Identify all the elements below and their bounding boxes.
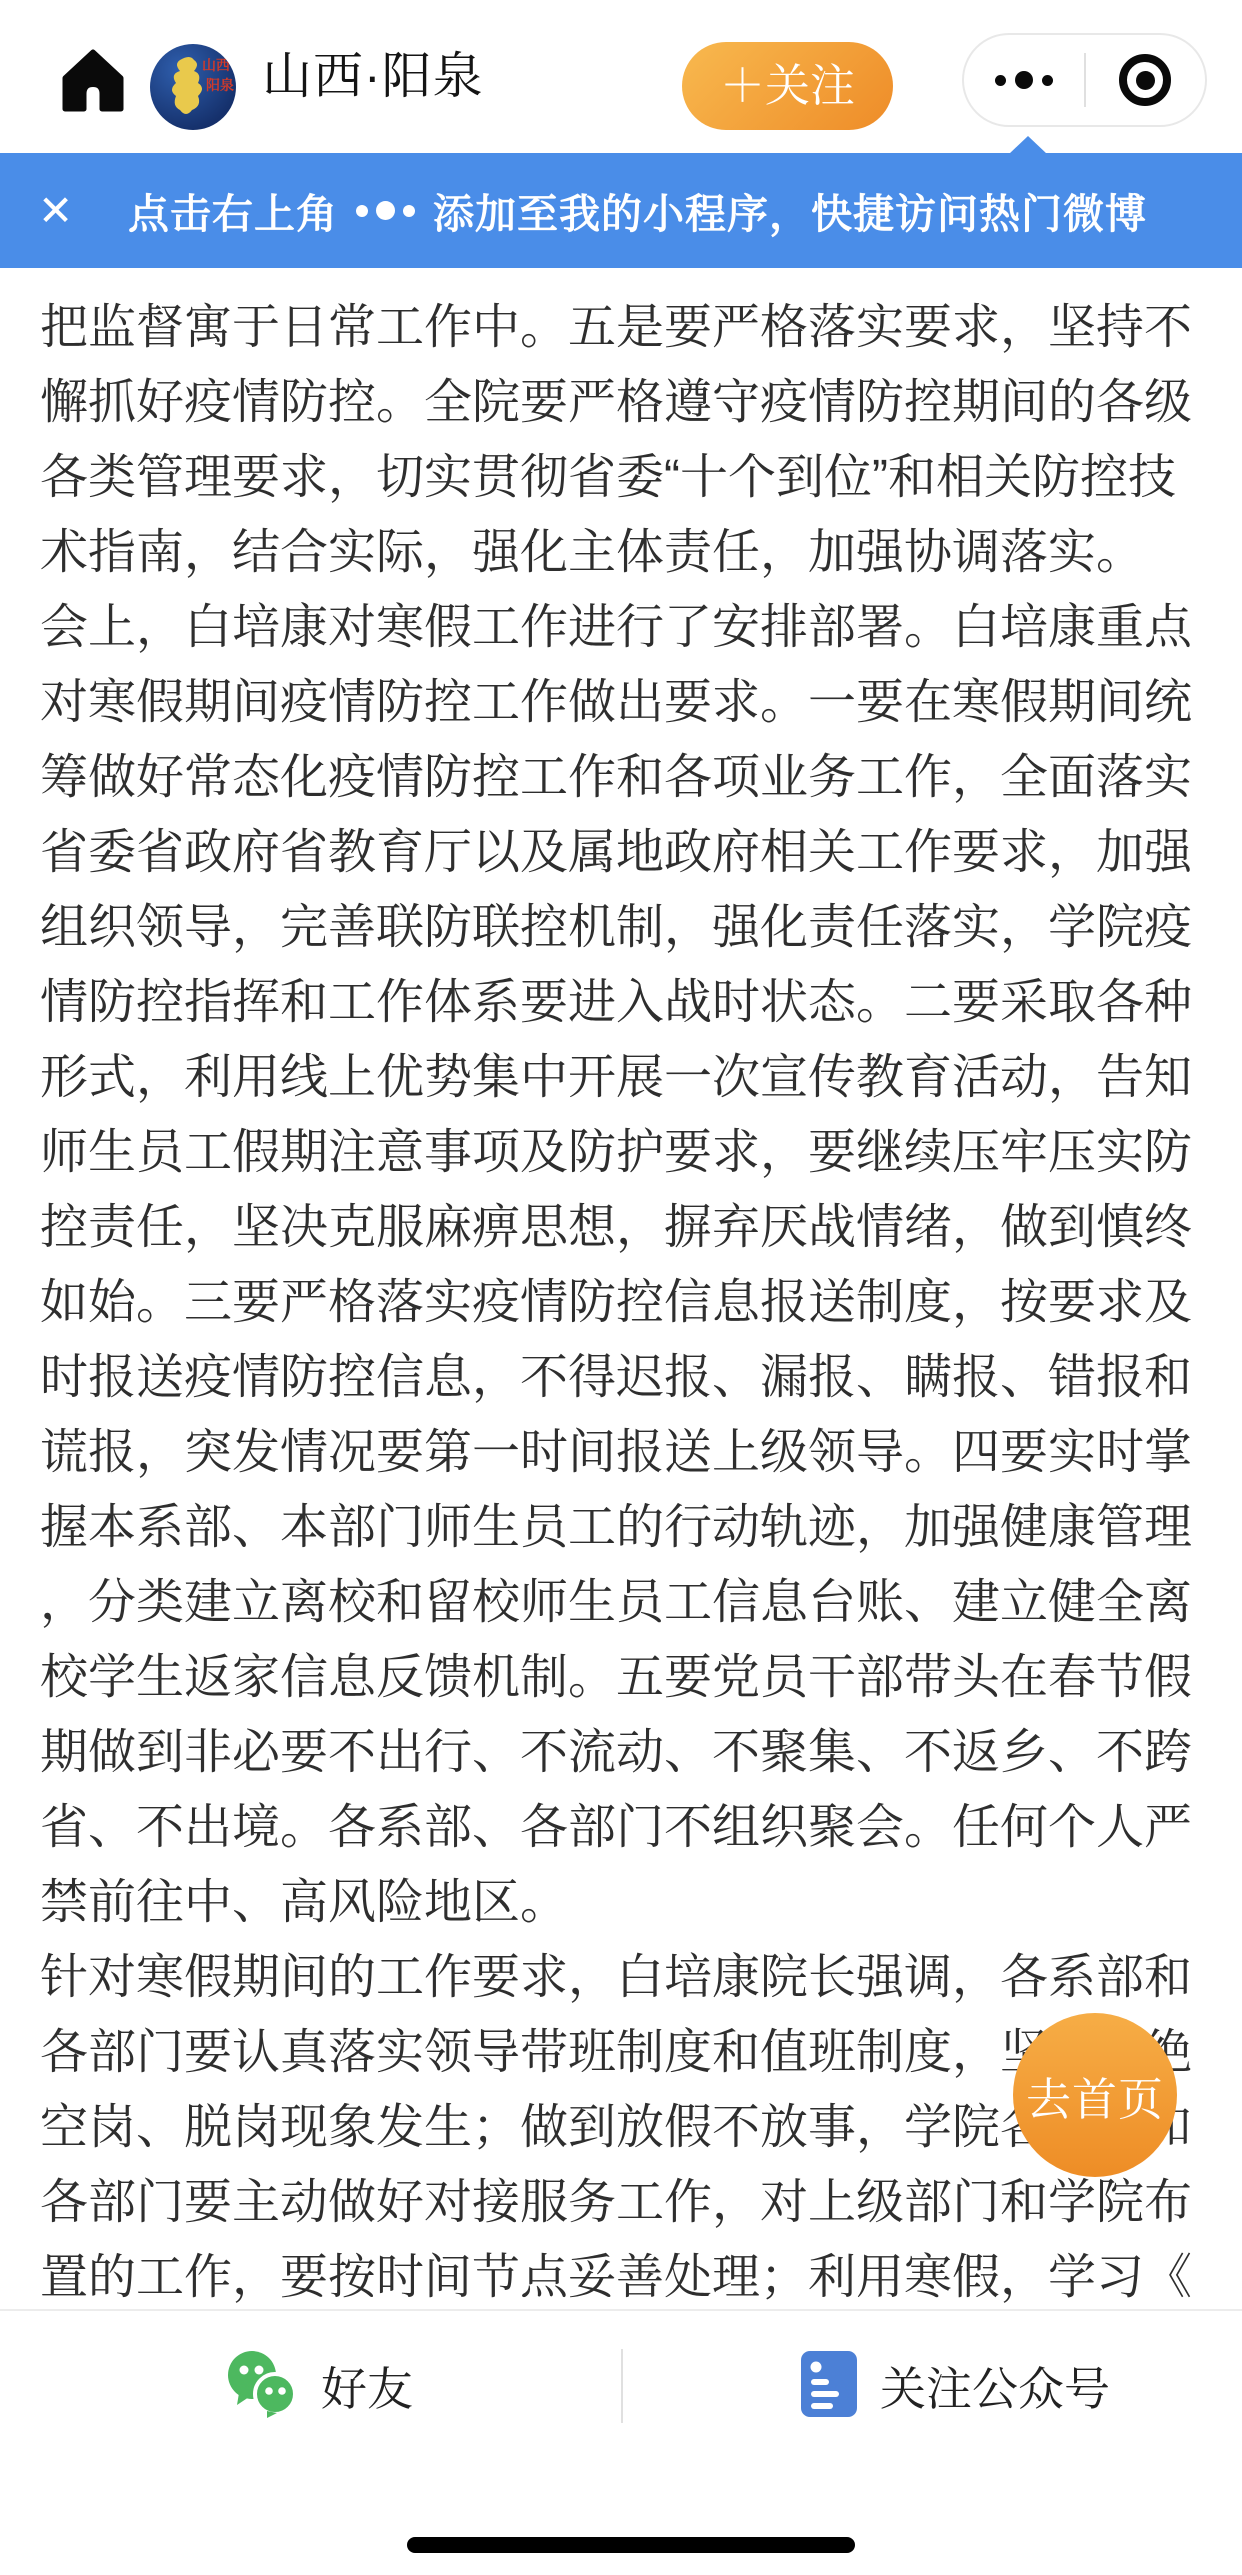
wechat-icon <box>225 2349 299 2424</box>
notice-pointer-arrow <box>1009 136 1047 154</box>
more-button[interactable] <box>964 35 1084 125</box>
article-line: 各部门要主动做好对接服务工作，对上级部门和学院布 <box>40 2165 1204 2240</box>
article-line: 会上，白培康对寒假工作进行了安排部署。白培康重点 <box>40 590 1204 665</box>
article-line: 对寒假期间疫情防控工作做出要求。一要在寒假期间统 <box>40 665 1204 740</box>
article-line: 时报送疫情防控信息，不得迟报、漏报、瞒报、错报和 <box>40 1340 1204 1415</box>
more-dots-icon <box>356 201 415 220</box>
article-body: 把监督寓于日常工作中。五是要严格落实要求，坚持不懈抓好疫情防控。全院要严格遵守疫… <box>40 290 1204 2315</box>
follow-official-account-button[interactable]: 关注公众号 <box>800 2311 1110 2461</box>
close-icon[interactable]: ✕ <box>38 190 78 232</box>
notice-text-before: 点击右上角 <box>128 181 338 240</box>
home-icon <box>62 99 124 116</box>
share-friend-label: 好友 <box>321 2353 413 2419</box>
bottom-bar-vertical-divider <box>621 2349 623 2423</box>
article-line: 情防控指挥和工作体系要进入战时状态。二要采取各种 <box>40 965 1204 1040</box>
miniprogram-capsule <box>962 33 1207 127</box>
article-line: 组织领导，完善联防联控机制，强化责任落实，学院疫 <box>40 890 1204 965</box>
article-line: 控责任，坚决克服麻痹思想，摒弃厌战情绪，做到慎终 <box>40 1190 1204 1265</box>
article-line: 筹做好常态化疫情防控工作和各项业务工作，全面落实 <box>40 740 1204 815</box>
account-avatar[interactable]: 山西 阳泉 <box>150 44 236 130</box>
close-miniprogram-button[interactable] <box>1086 35 1206 125</box>
official-account-icon <box>800 2349 858 2424</box>
official-account-label: 关注公众号 <box>880 2353 1110 2419</box>
target-circle-icon <box>1119 54 1171 106</box>
page-title: 山西·阳泉 <box>262 0 484 153</box>
article-line: 期做到非必要不出行、不流动、不聚集、不返乡、不跨 <box>40 1715 1204 1790</box>
article-line: 把监督寓于日常工作中。五是要严格落实要求，坚持不 <box>40 290 1204 365</box>
home-indicator[interactable] <box>407 2537 855 2553</box>
article-line: 如始。三要严格落实疫情防控信息报送制度，按要求及 <box>40 1265 1204 1340</box>
article-line: 省委省政府省教育厅以及属地政府相关工作要求，加强 <box>40 815 1204 890</box>
follow-button[interactable]: ＋关注 <box>682 42 893 130</box>
article-line: 各类管理要求，切实贯彻省委“十个到位”和相关防控技 <box>40 440 1204 515</box>
article-line: 形式，利用线上优势集中开展一次宣传教育活动，告知 <box>40 1040 1204 1115</box>
home-button[interactable] <box>62 48 124 112</box>
article-line: 针对寒假期间的工作要求，白培康院长强调，各系部和 <box>40 1940 1204 2015</box>
avatar-text-1: 山西 <box>202 57 230 73</box>
navbar: 山西 阳泉 山西·阳泉 ＋关注 <box>0 0 1242 153</box>
shanxi-map-shape <box>172 57 202 114</box>
article-line: 懈抓好疫情防控。全院要严格遵守疫情防控期间的各级 <box>40 365 1204 440</box>
article-line: 术指南，结合实际，强化主体责任，加强协调落实。 <box>40 515 1204 590</box>
article-line: 师生员工假期注意事项及防护要求，要继续压牢压实防 <box>40 1115 1204 1190</box>
bottom-share-bar: 好友 关注公众号 <box>0 2311 1242 2461</box>
go-home-button[interactable]: 去首页 <box>1013 2013 1177 2177</box>
article-line: 谎报，突发情况要第一时间报送上级领导。四要实时掌 <box>40 1415 1204 1490</box>
notice-text: 点击右上角 添加至我的小程序，快捷访问热门微博 <box>128 181 1147 240</box>
article-line: 校学生返家信息反馈机制。五要党员干部带头在春节假 <box>40 1640 1204 1715</box>
share-to-friend-button[interactable]: 好友 <box>225 2311 413 2461</box>
article-line: 禁前往中、高风险地区。 <box>40 1865 1204 1940</box>
notice-text-after: 添加至我的小程序，快捷访问热门微博 <box>433 181 1147 240</box>
article-line: ，分类建立离校和留校师生员工信息台账、建立健全离 <box>40 1565 1204 1640</box>
notice-bar: ✕ 点击右上角 添加至我的小程序，快捷访问热门微博 <box>0 153 1242 268</box>
avatar-text-2: 阳泉 <box>206 77 234 93</box>
article-line: 置的工作，要按时间节点妥善处理；利用寒假，学习《 <box>40 2240 1204 2315</box>
more-dots-icon <box>995 71 1053 89</box>
article-line: 握本系部、本部门师生员工的行动轨迹，加强健康管理 <box>40 1490 1204 1565</box>
article-line: 省、不出境。各系部、各部门不组织聚会。任何个人严 <box>40 1790 1204 1865</box>
